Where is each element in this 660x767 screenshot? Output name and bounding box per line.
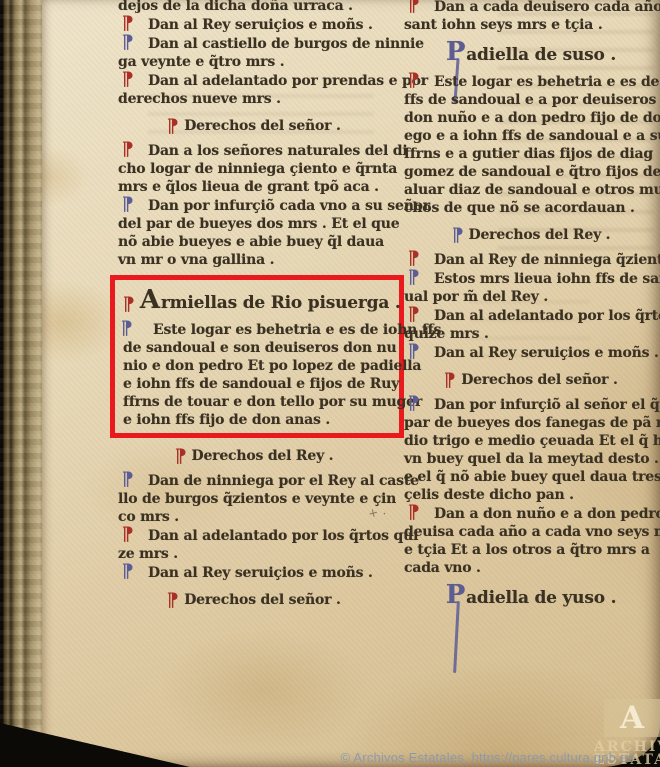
paragraph-mark-icon: ¶ <box>408 504 420 520</box>
heading-text: Derechos del señor . <box>461 372 617 388</box>
watermark-logo-box: A <box>604 699 660 737</box>
heading-text: Derechos del señor . <box>184 118 340 134</box>
heading-text: Derechos del Rey . <box>469 227 611 243</box>
entry-paragraph: ¶Dan por infurçiõ cada vno a su señordel… <box>118 197 390 269</box>
heading-text: rmiellas de Rio pisuerga . <box>161 293 401 313</box>
copyright-credit: © Archivos Estatales, https://pares.cult… <box>341 750 634 765</box>
entry-paragraph: dejos de la dicha doña urraca . <box>118 0 390 15</box>
text-line: ffrns e a gutier dias fijos de diag <box>404 145 658 163</box>
section-heading: ¶Derechos del señor . <box>118 117 390 135</box>
manuscript-photo: dejos de la dicha doña urraca .¶Dan al R… <box>0 0 660 767</box>
text-line: Este logar es behetria e es de iohn <box>404 73 658 91</box>
text-line: Dan al castiello de burgos de ninnie <box>118 35 390 53</box>
paragraph-mark-icon: ¶ <box>122 15 134 31</box>
entry-paragraph: ¶Dan al Rey seruiçios e moñs . <box>118 564 390 582</box>
text-line: Dan al Rey seruiçios e moñs . <box>118 16 390 34</box>
paragraph-mark-icon: ¶ <box>167 592 179 608</box>
text-column-left: dejos de la dicha doña urraca .¶Dan al R… <box>118 0 390 616</box>
entry-paragraph: ¶Dan por infurçiõ al señor el q̃ a vnpar… <box>404 396 658 504</box>
section-heading: ¶Armiellas de Rio pisuerga . <box>123 293 393 312</box>
entry-paragraph: ¶Dan a don nuño e a don pedro pordeuisa … <box>404 505 658 577</box>
entry-paragraph: ¶Dan de ninniega por el Rey al castello … <box>118 472 390 526</box>
text-line: llo de burgos q̃zientos e veynte e çin <box>118 490 390 508</box>
heading-text: adiella de yuso . <box>466 588 616 608</box>
watermark-letter: A <box>620 703 644 734</box>
text-line: Dan de ninniega por el Rey al caste <box>118 472 390 490</box>
text-line: de sandoual e son deuiseros don nu <box>123 339 393 357</box>
paragraph-mark-icon: ¶ <box>408 343 420 359</box>
drop-initial: P <box>446 588 465 602</box>
text-line: Estos mrs lieua iohn ffs de sand <box>404 270 658 288</box>
entry-paragraph: ¶Dan al adelantado por los q̃rtosquize m… <box>404 307 658 343</box>
section-heading: Padiella de yuso . <box>404 588 658 607</box>
drop-initial: A <box>140 293 160 307</box>
heading-text: Derechos del Rey . <box>192 448 334 464</box>
paragraph-mark-icon: ¶ <box>452 227 464 243</box>
text-line: dejos de la dicha doña urraca . <box>118 0 390 15</box>
entry-paragraph: ¶Dan al Rey seruiçios e moñs . <box>118 16 390 34</box>
text-line: Dan por infurçiõ cada vno a su señor <box>118 197 390 215</box>
entry-paragraph: ¶Dan a los señores naturales del dicho l… <box>118 142 390 196</box>
text-line: e el q̃ nõ abie buey quel daua tres <box>404 468 658 486</box>
text-line: ze mrs . <box>118 545 390 563</box>
text-line: cada vno . <box>404 559 658 577</box>
paragraph-mark-icon: ¶ <box>408 72 420 88</box>
text-line: çelis deste dicho pan . <box>404 486 658 504</box>
drop-initial: P <box>446 45 465 59</box>
text-line: Dan por infurçiõ al señor el q̃ a vn <box>404 396 658 414</box>
text-line: dio trigo e medio çeuada Et el q̃ ha <box>404 432 658 450</box>
text-line: deuisa cada año a cada vno seys mrs <box>404 523 658 541</box>
text-line: e tçia Et a los otros a q̃tro mrs a <box>404 541 658 559</box>
text-line: vn buey quel da la meytad desto . <box>404 450 658 468</box>
text-line: mrs e q̃los lieua de grant tpõ aca . <box>118 178 390 196</box>
text-line: Dan al Rey de ninniega q̃zientos = <box>404 251 658 269</box>
text-line: quize mrs . <box>404 325 658 343</box>
text-line: don nuño e a don pedro fijo de don di <box>404 109 658 127</box>
text-line: Este logar es behetria e es de iohn ffs <box>123 321 393 339</box>
paragraph-mark-icon: ¶ <box>122 141 134 157</box>
text-line: Dan al adelantado por los q̃rtos qui <box>118 527 390 545</box>
text-line: sant iohn seys mrs e tçia . <box>404 16 658 34</box>
paragraph-mark-icon: ¶ <box>408 306 420 322</box>
paragraph-mark-icon: ¶ <box>122 196 134 212</box>
heading-text: Derechos del señor . <box>184 592 340 608</box>
paragraph-mark-icon: ¶ <box>122 563 134 579</box>
highlight-annotation-box: ¶Armiellas de Rio pisuerga .¶Este logar … <box>110 275 404 438</box>
text-line: e iohn ffs de sandoual e fijos de Ruy <box>123 375 393 393</box>
paragraph-mark-icon: ¶ <box>444 372 456 388</box>
entry-paragraph: ¶Estos mrs lieua iohn ffs de sandual por… <box>404 270 658 306</box>
paragraph-mark-icon: ¶ <box>122 526 134 542</box>
text-line: nõ abie bueyes e abie buey q̃l daua <box>118 233 390 251</box>
text-line: chos de que nõ se acordauan . <box>404 199 658 217</box>
section-heading: ¶Derechos del Rey . <box>404 226 658 244</box>
text-line: aluar diaz de sandoual e otros mu <box>404 181 658 199</box>
text-line: del par de bueyes dos mrs . Et el que <box>118 215 390 233</box>
paragraph-mark-icon: ¶ <box>167 118 179 134</box>
paragraph-mark-icon: ¶ <box>121 320 133 336</box>
entry-paragraph: ¶Dan al castiello de burgos de ninniega … <box>118 35 390 71</box>
paragraph-mark-icon: ¶ <box>122 471 134 487</box>
text-line: ffrns de touar e don tello por su muger <box>123 393 393 411</box>
text-line: nio e don pedro Et po lopez de padiella <box>123 357 393 375</box>
text-line: Dan a don nuño e a don pedro por <box>404 505 658 523</box>
text-line: ga veynte e q̃tro mrs . <box>118 53 390 71</box>
section-heading: ¶Derechos del señor . <box>404 371 658 389</box>
paragraph-mark-icon: ¶ <box>408 269 420 285</box>
text-line: ego e a iohn ffs de sandoual e a su <box>404 127 658 145</box>
text-line: gomez de sandoual e q̃tro fijos de <box>404 163 658 181</box>
text-line: Dan al Rey seruiçios e moñs . <box>404 344 658 362</box>
text-line: Dan al Rey seruiçios e moñs . <box>118 564 390 582</box>
entry-paragraph: ¶Dan al Rey de ninniega q̃zientos = <box>404 251 658 269</box>
entry-paragraph: ¶Dan al Rey seruiçios e moñs . <box>404 344 658 362</box>
paragraph-mark-icon: ¶ <box>408 395 420 411</box>
text-line: Dan al adelantado por los q̃rtos <box>404 307 658 325</box>
section-heading: ¶Derechos del señor . <box>118 591 390 609</box>
heading-text: adiella de suso . <box>466 45 616 65</box>
paragraph-mark-icon: ¶ <box>408 0 420 13</box>
paragraph-mark-icon: ¶ <box>123 296 135 312</box>
text-line: ffs de sandoual e a por deuiseros a <box>404 91 658 109</box>
text-line: ual por m̃ del Rey . <box>404 288 658 306</box>
text-line: e iohn ffs fijo de don anas . <box>123 411 393 429</box>
entry-paragraph: ¶Este logar es behetria e es de iohnffs … <box>404 73 658 217</box>
text-line: Dan al adelantado por prendas e por <box>118 72 390 90</box>
text-line: Dan a los señores naturales del di <box>118 142 390 160</box>
text-column-right: ¶Dan a cada deuisero cada año por elsant… <box>404 0 658 616</box>
entry-paragraph: ¶Dan al adelantado por prendas e pordere… <box>118 72 390 108</box>
entry-paragraph: ¶Dan al adelantado por los q̃rtos quize … <box>118 527 390 563</box>
text-line: co mrs . <box>118 508 390 526</box>
paragraph-mark-icon: ¶ <box>175 448 187 464</box>
text-line: vn mr o vna gallina . <box>118 251 390 269</box>
paragraph-mark-icon: ¶ <box>122 71 134 87</box>
section-heading: ¶Derechos del Rey . <box>118 447 390 465</box>
text-line: cho logar de ninniega çiento e q̃rnta <box>118 160 390 178</box>
section-heading: Padiella de suso . <box>404 45 658 64</box>
paragraph-mark-icon: ¶ <box>122 34 134 50</box>
entry-paragraph: ¶Dan a cada deuisero cada año por elsant… <box>404 0 658 34</box>
text-line: Dan a cada deuisero cada año por el <box>404 0 658 16</box>
text-line: par de bueyes dos fanegas de pã me <box>404 414 658 432</box>
text-line: derechos nueve mrs . <box>118 90 390 108</box>
entry-paragraph: ¶Este logar es behetria e es de iohn ffs… <box>123 321 393 429</box>
paragraph-mark-icon: ¶ <box>408 250 420 266</box>
